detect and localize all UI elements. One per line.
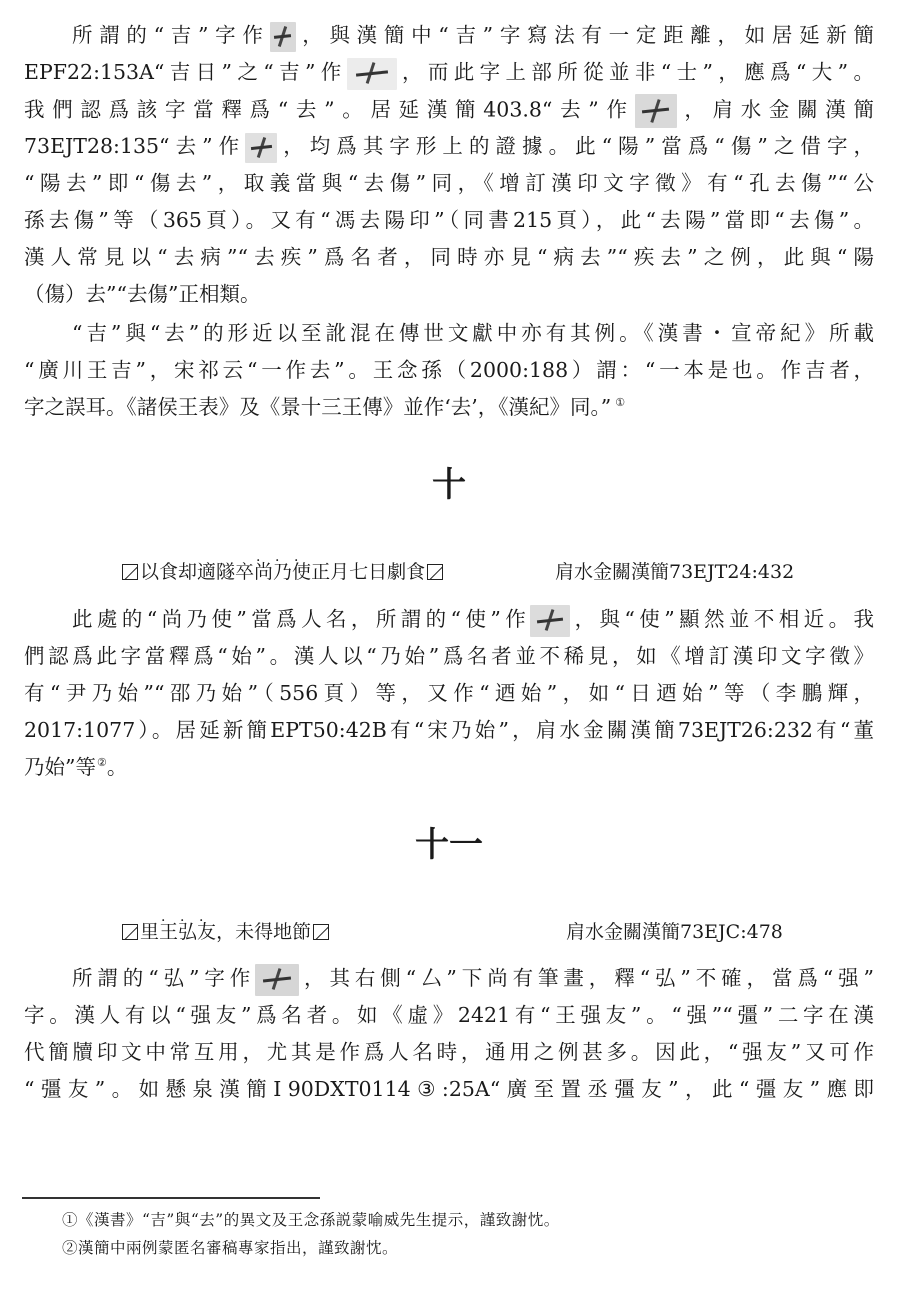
text-line: 漢人常見以“去病”“去疾”爲名者，同時亦見“病去”“疾去”之例，此與“陽 xyxy=(24,242,874,272)
text-line: “廣川王吉”，宋祁云“一作去”。王念孫（2000:188）謂：“一本是也。作吉者… xyxy=(24,355,874,385)
text-line: 有“尹乃始”“邵乃始”（556頁）等，又作“迺始”，如“日迺始”等（李鵬輝， xyxy=(24,678,874,708)
dotted-char: 王 xyxy=(159,921,178,943)
text-line: 代簡牘印文中常互用，尤其是作爲人名時，通用之例甚多。因此，“强友”又可作 xyxy=(24,1037,874,1067)
qu-juyan-glyph-image xyxy=(635,94,677,128)
text-line: 乃始”等②。 xyxy=(24,752,874,782)
broken-slip-mark-icon xyxy=(427,564,443,580)
slip-quotation: 以食却適隧卒尚乃使正月七日劇食 xyxy=(120,558,445,586)
dotted-char: 弘 xyxy=(178,921,197,943)
section-number-ten: 十 xyxy=(0,465,898,505)
text-line: （傷）去”“去傷”正相類。 xyxy=(24,279,874,309)
text-line: EPF22:153A“吉日”之“吉”作，而此字上部所從並非“士”，應爲“大”。 xyxy=(24,57,874,87)
broken-slip-mark-icon xyxy=(122,564,138,580)
dotted-char: 友 xyxy=(197,921,216,943)
dotted-char: 使 xyxy=(292,561,311,583)
ji-variant-glyph-image xyxy=(270,22,296,52)
footnote-1: ①《漢書》“吉”與“去”的異文及王念孫説蒙喻威先生提示，謹致謝忱。 xyxy=(62,1208,560,1232)
dotted-char: 乃 xyxy=(273,561,292,583)
text-line: 字之誤耳。《諸侯王表》及《景十三王傳》並作‘去’，《漢紀》同。”① xyxy=(24,392,874,422)
footnote-divider xyxy=(22,1197,320,1199)
dotted-char: 尚 xyxy=(254,561,273,583)
shi-glyph-image xyxy=(530,605,570,637)
footnote-ref-2[interactable]: ② xyxy=(97,756,107,769)
text-line: 我們認爲該字當釋爲“去”。居延漢簡403.8“去”作，肩水金關漢簡 xyxy=(24,94,874,124)
footnote-ref-1[interactable]: ① xyxy=(615,396,625,409)
slip-quotation: 里王弘友，未得地節 xyxy=(120,918,331,946)
broken-slip-mark-icon xyxy=(313,924,329,940)
text-line: 所謂的“吉”字作，與漢簡中“吉”字寫法有一定距離，如居延新簡 xyxy=(72,20,874,50)
ji-standard-glyph-image xyxy=(347,58,397,90)
text-line: 字。漢人有以“强友”爲名者。如《虛》2421有“王强友”。“强”“彊”二字在漢 xyxy=(24,1000,874,1030)
text-line: 所謂的“弘”字作，其右側“厶”下尚有筆畫，釋“弘”不確，當爲“强” xyxy=(72,963,874,993)
text-line: “陽去”即“傷去”，取義當與“去傷”同，《增訂漢印文字徵》有“孔去傷”“公 xyxy=(24,168,874,198)
text-line: “彊友”。如懸泉漢簡Ⅰ90DXT0114③:25A“廣至置丞彊友”，此“彊友”應… xyxy=(24,1074,874,1104)
text-line: 此處的“尚乃使”當爲人名，所謂的“使”作，與“使”顯然並不相近。我 xyxy=(72,604,874,634)
text-line: 們認爲此字當釋爲“始”。漢人以“乃始”爲名者並不稀見，如《增訂漢印文字徵》 xyxy=(24,641,874,671)
text-line: 孫去傷”等（365頁）。又有“馮去陽印”（同書215頁），此“去陽”當即“去傷”… xyxy=(24,205,874,235)
text-line: 2017:1077）。居延新簡EPT50:42B有“宋乃始”，肩水金關漢簡73E… xyxy=(24,715,874,745)
slip-source: 肩水金關漢簡73EJC:478 xyxy=(566,918,783,946)
text-line: “吉”與“去”的形近以至訛混在傳世文獻中亦有其例。《漢書・宣帝紀》所載 xyxy=(72,318,874,348)
hong-glyph-image xyxy=(255,964,299,996)
section-number-eleven: 十一 xyxy=(0,825,898,865)
broken-slip-mark-icon xyxy=(122,924,138,940)
text-line: 73EJT28:135“去”作，均爲其字形上的證據。此“陽”當爲“傷”之借字， xyxy=(24,131,874,161)
slip-source: 肩水金關漢簡73EJT24:432 xyxy=(555,558,794,586)
qu-jianshui-glyph-image xyxy=(245,133,277,163)
footnote-2: ②漢簡中兩例蒙匿名審稿專家指出，謹致謝忱。 xyxy=(62,1236,398,1260)
